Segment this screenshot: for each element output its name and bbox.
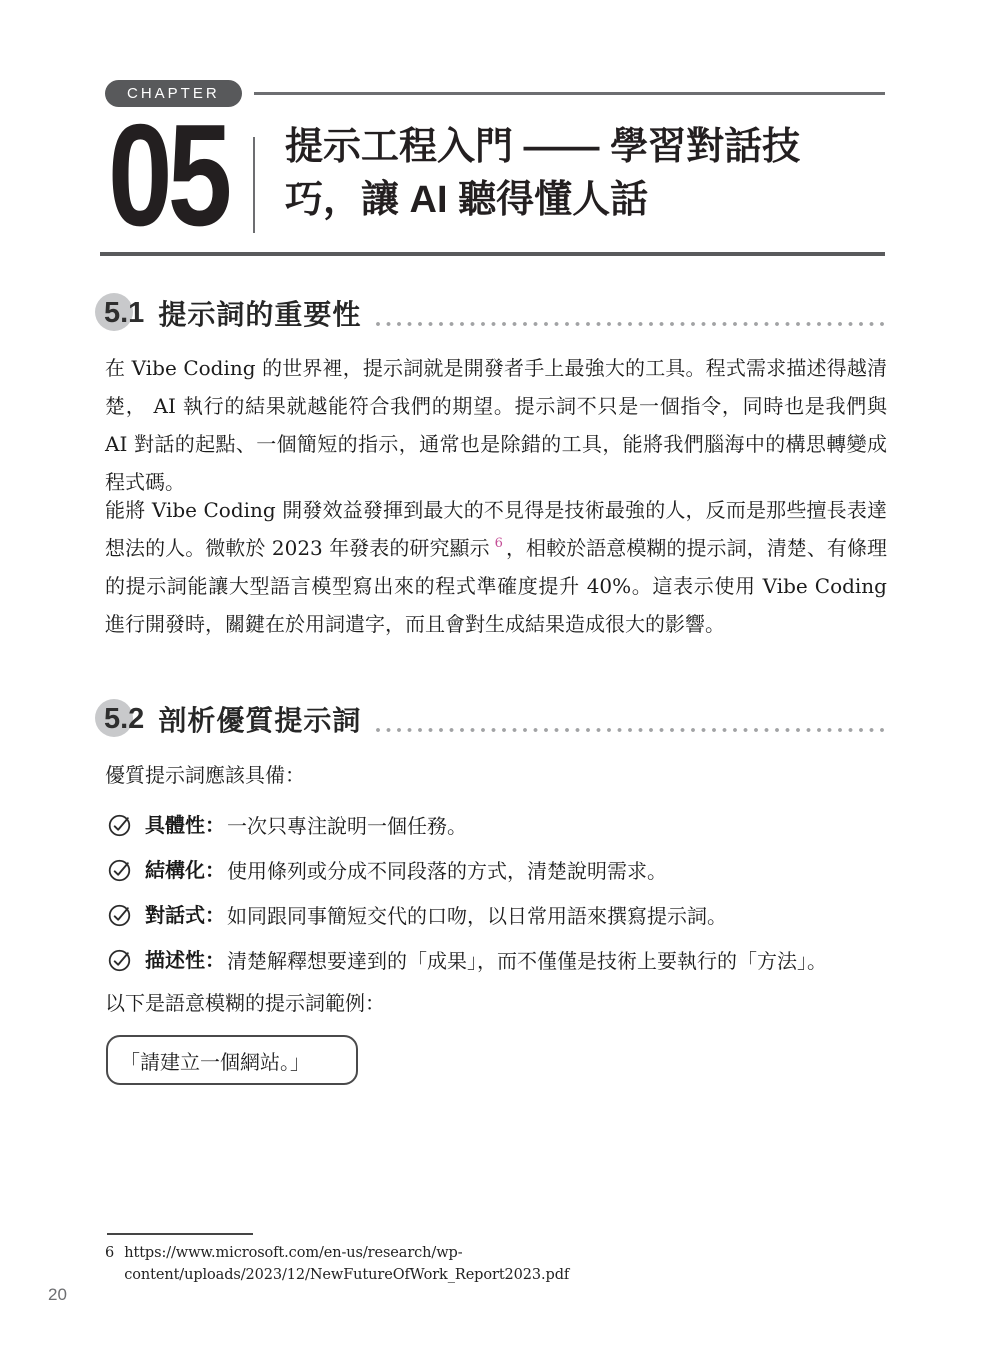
- section-5-2-heading: 5.2 剖析優質提示詞: [104, 699, 885, 739]
- chapter-header-rule: [254, 92, 885, 95]
- bullet-desc: 清楚解釋想要達到的「成果」，而不僅僅是技術上要執行的「方法」。: [227, 943, 827, 979]
- check-circle-icon: [107, 903, 132, 928]
- footnote: 6 https://www.microsoft.com/en-us/resear…: [105, 1242, 895, 1286]
- footnote-rule: [107, 1233, 253, 1235]
- chapter-title-line2: 巧，讓 AI 聽得懂人話: [285, 174, 900, 227]
- example-prompt-box: 「請建立一個網站。」: [106, 1035, 358, 1085]
- paragraph-1: 在 Vibe Coding 的世界裡，提示詞就是開發者手上最強大的工具。程式需求…: [105, 349, 887, 501]
- chapter-title: 提示工程入門 —— 學習對話技 巧，讓 AI 聽得懂人話: [285, 121, 900, 227]
- bullet-desc: 如同跟同事簡短交代的口吻，以日常用語來撰寫提示詞。: [227, 898, 727, 934]
- footnote-number: 6: [105, 1242, 114, 1286]
- paragraph-2: 能將 Vibe Coding 開發效益發揮到最大的不見得是技術最強的人，反而是那…: [105, 491, 887, 643]
- footnote-url: https://www.microsoft.com/en-us/research…: [124, 1242, 895, 1286]
- footnote-reference: 6: [495, 536, 503, 551]
- bullet-term: 描述性：: [145, 943, 225, 979]
- bullet-term: 具體性：: [145, 808, 225, 844]
- bullet-desc: 使用條列或分成不同段落的方式，清楚說明需求。: [227, 853, 667, 889]
- list-item: 對話式： 如同跟同事簡短交代的口吻，以日常用語來撰寫提示詞。: [105, 898, 887, 934]
- chapter-number: 05: [108, 116, 227, 234]
- quality-prompt-bullet-list: 具體性： 一次只專注說明一個任務。 結構化： 使用條列或分成不同段落的方式，清楚…: [105, 808, 887, 988]
- section-5-1-number: 5.1: [104, 297, 144, 330]
- list-item: 結構化： 使用條列或分成不同段落的方式，清楚說明需求。: [105, 853, 887, 889]
- check-circle-icon: [107, 948, 132, 973]
- dotted-leader: [375, 727, 885, 733]
- list-item: 具體性： 一次只專注說明一個任務。: [105, 808, 887, 844]
- check-circle-icon: [107, 813, 132, 838]
- chapter-title-line1: 提示工程入門 —— 學習對話技: [285, 121, 900, 174]
- check-circle-icon: [107, 858, 132, 883]
- page-number: 20: [48, 1285, 67, 1305]
- section-5-1-title: 提示詞的重要性: [158, 293, 361, 333]
- bullet-desc: 一次只專注說明一個任務。: [227, 808, 467, 844]
- example-intro: 以下是語意模糊的提示詞範例：: [105, 988, 385, 1018]
- section-5-1-heading: 5.1 提示詞的重要性: [104, 293, 885, 333]
- chapter-title-divider: [253, 137, 255, 233]
- bullet-term: 對話式：: [145, 898, 225, 934]
- dotted-leader: [375, 321, 885, 327]
- list-item: 描述性： 清楚解釋想要達到的「成果」，而不僅僅是技術上要執行的「方法」。: [105, 943, 887, 979]
- example-prompt-text: 「請建立一個網站。」: [120, 1046, 310, 1075]
- section-5-2-title: 剖析優質提示詞: [158, 699, 361, 739]
- bullet-term: 結構化：: [145, 853, 225, 889]
- chapter-bottom-rule: [100, 252, 885, 256]
- section-5-2-number: 5.2: [104, 703, 144, 736]
- book-page: CHAPTER 05 提示工程入門 —— 學習對話技 巧，讓 AI 聽得懂人話 …: [0, 0, 1000, 1353]
- section-5-2-intro: 優質提示詞應該具備：: [105, 760, 305, 790]
